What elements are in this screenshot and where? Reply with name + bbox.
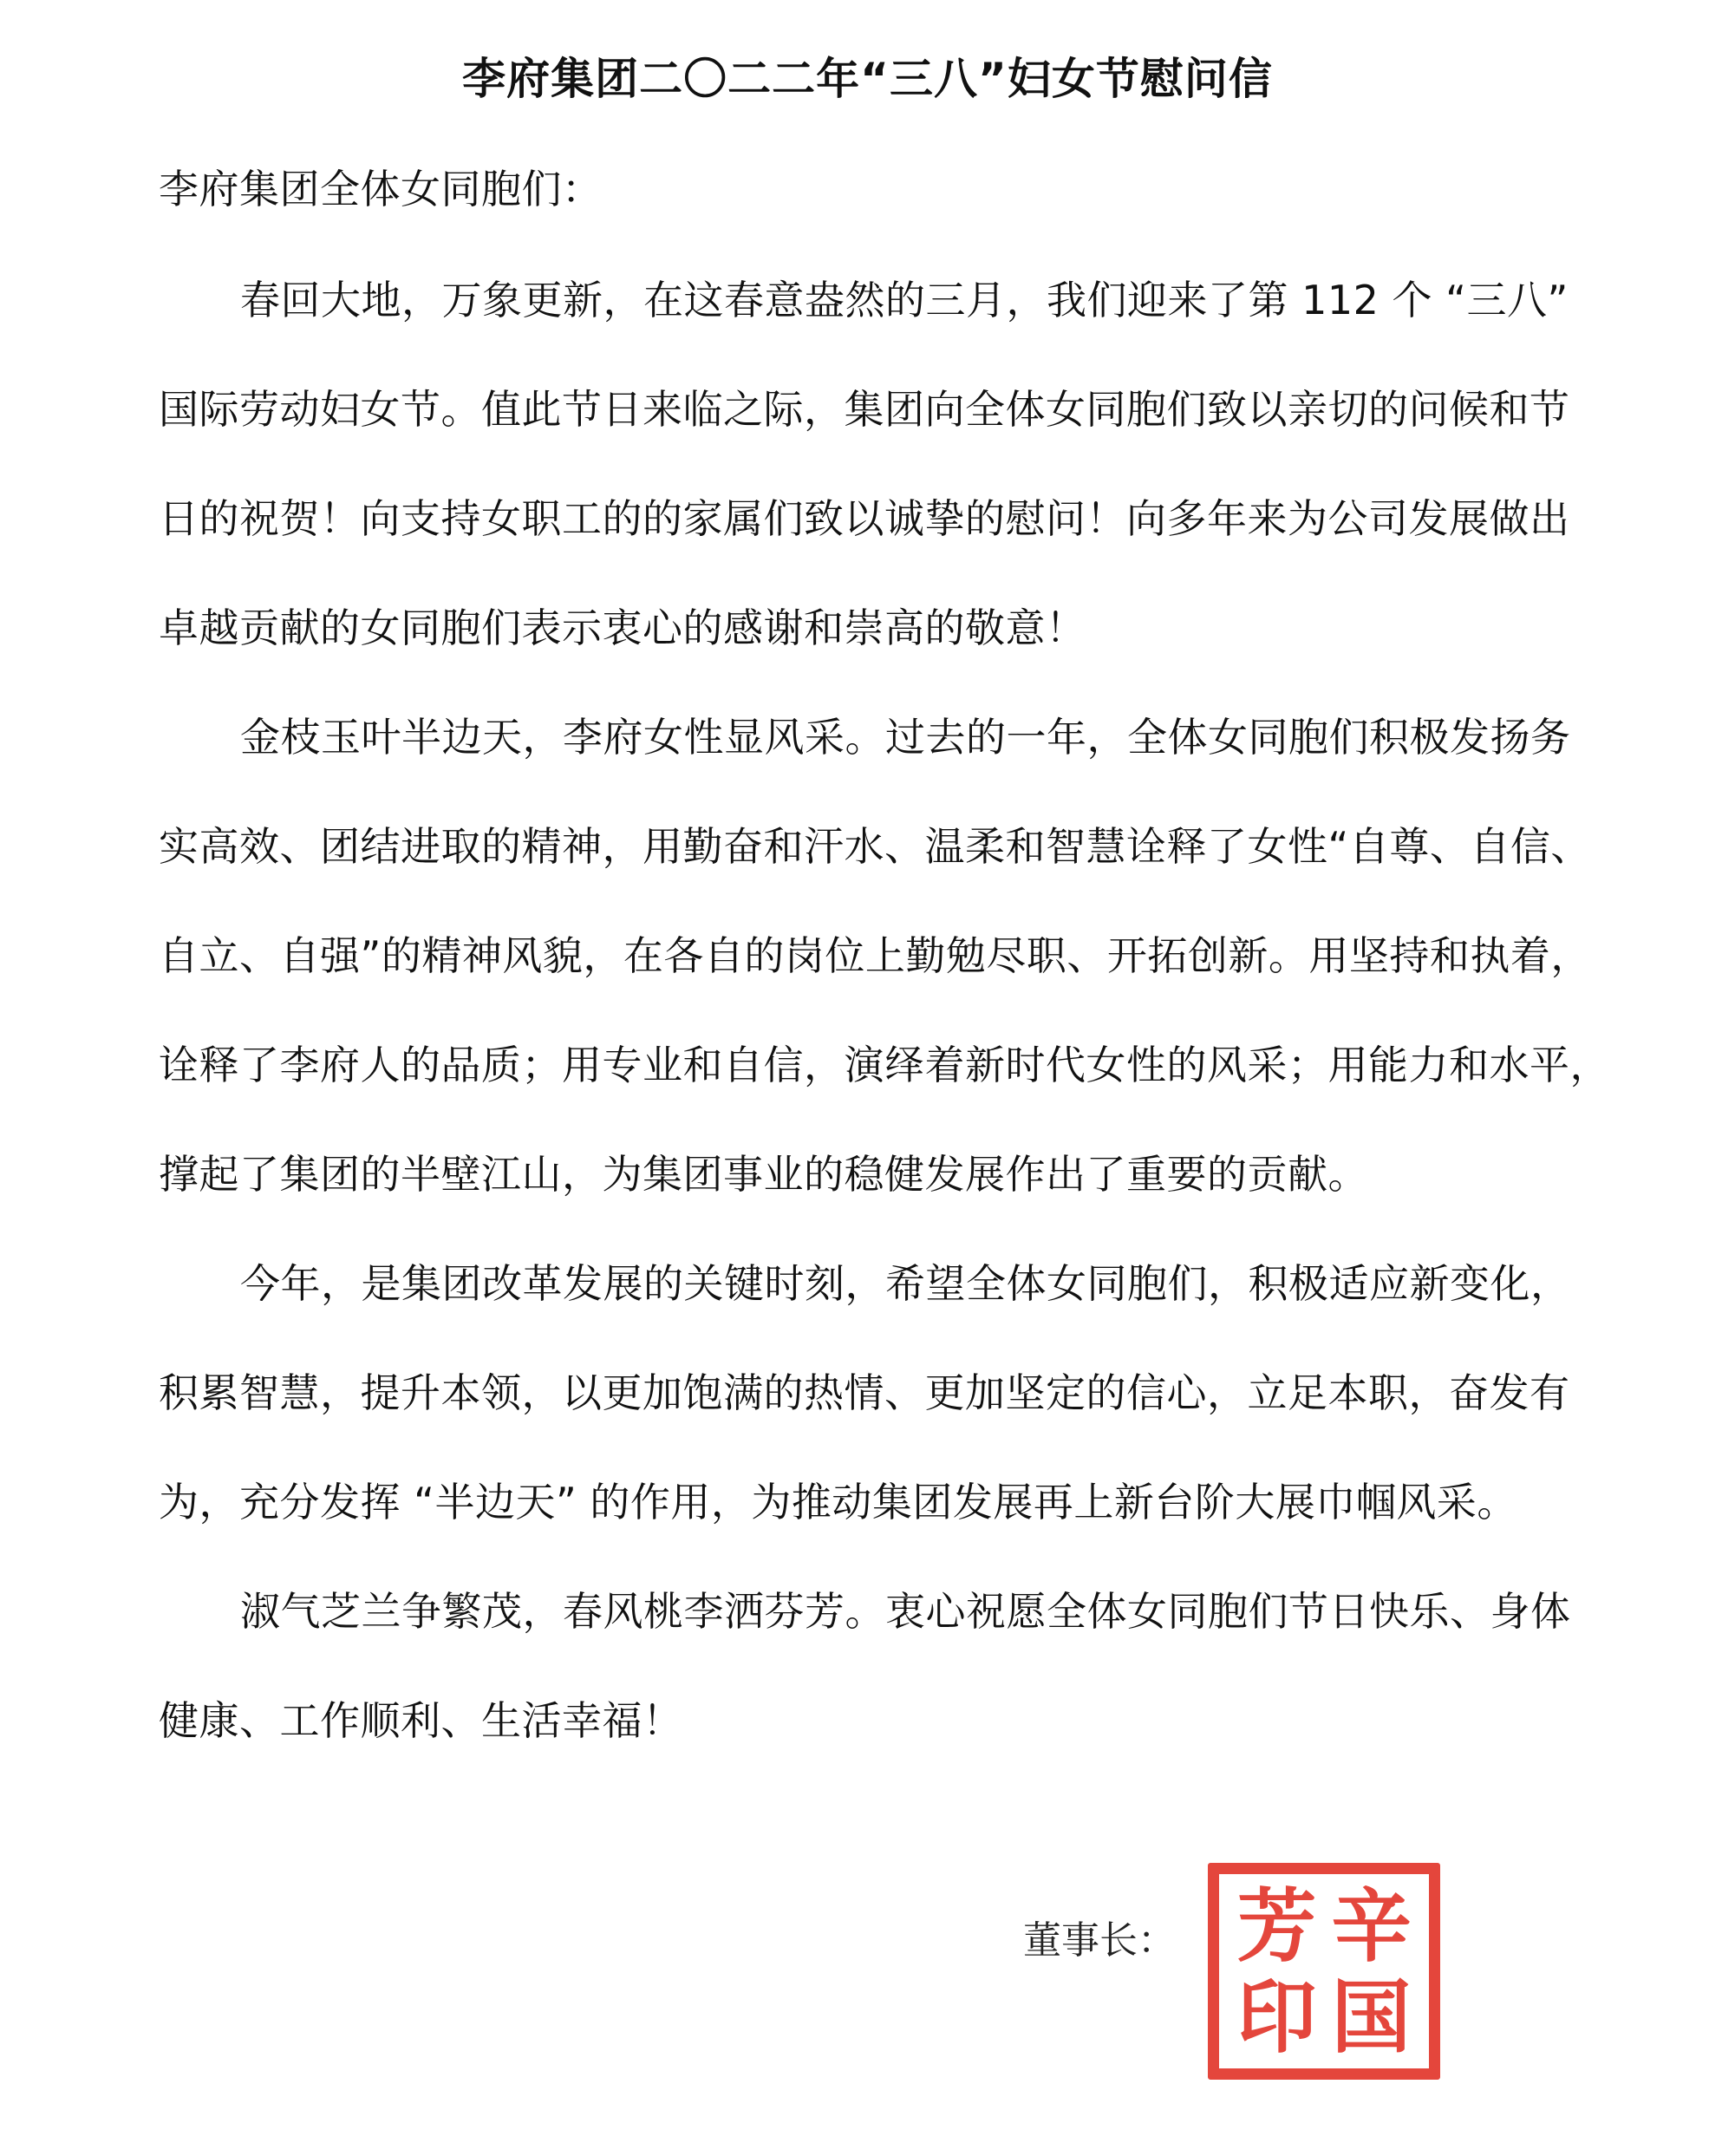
body-line: 春回大地，万象更新，在这春意盎然的三月，我们迎来了第 112 个 “三八”	[240, 274, 1569, 326]
body-line: 卓越贡献的女同胞们表示衷心的感谢和崇高的敬意！	[159, 602, 1086, 654]
body-line: 为，充分发挥 “半边天” 的作用，为推动集团发展再上新台阶大展巾帼风采。	[159, 1476, 1517, 1528]
body-line: 实高效、团结进取的精神，用勤奋和汗水、温柔和智慧诠释了女性“自尊、自信、	[159, 820, 1591, 872]
body-line: 今年，是集团改革发展的关键时刻，希望全体女同胞们，积极适应新变化，	[240, 1258, 1571, 1310]
body-line: 自立、自强”的精神风貌，在各自的岗位上勤勉尽职、开拓创新。用坚持和执着，	[159, 930, 1591, 982]
body-line: 健康、工作顺利、生活幸福！	[159, 1695, 683, 1747]
body-line: 积累智慧，提升本领，以更加饱满的热情、更加坚定的信心，立足本职，奋发有	[159, 1367, 1570, 1419]
seal-char: 国	[1324, 1972, 1419, 2063]
body-line: 国际劳动妇女节。值此节日来临之际，集团向全体女同胞们致以亲切的问候和节	[159, 383, 1570, 435]
body-line: 撑起了集团的半壁江山，为集团事业的稳健发展作出了重要的贡献。	[159, 1148, 1368, 1200]
seal-grid: 芳 辛 印 国	[1230, 1881, 1419, 2061]
seal-stamp: 芳 辛 印 国	[1208, 1863, 1440, 2080]
body-line: 金枝玉叶半边天，李府女性显风采。过去的一年，全体女同胞们积极发扬务	[240, 711, 1571, 763]
salutation: 李府集团全体女同胞们：	[159, 163, 603, 215]
seal-char: 芳	[1230, 1881, 1324, 1972]
signature-label: 董事长：	[1023, 1917, 1176, 1965]
body-line: 诠释了李府人的品质；用专业和自信，演绎着新时代女性的风采；用能力和水平，	[159, 1039, 1610, 1091]
seal-char: 辛	[1324, 1881, 1419, 1972]
body-line: 淑气芝兰争繁茂，春风桃李洒芬芳。衷心祝愿全体女同胞们节日快乐、身体	[240, 1585, 1571, 1637]
seal-char: 印	[1230, 1972, 1324, 2063]
body-line: 日的祝贺！向支持女职工的的家属们致以诚挚的慰问！向多年来为公司发展做出	[159, 493, 1570, 545]
letter-title: 李府集团二〇二二年“三八”妇女节慰问信	[0, 49, 1735, 109]
